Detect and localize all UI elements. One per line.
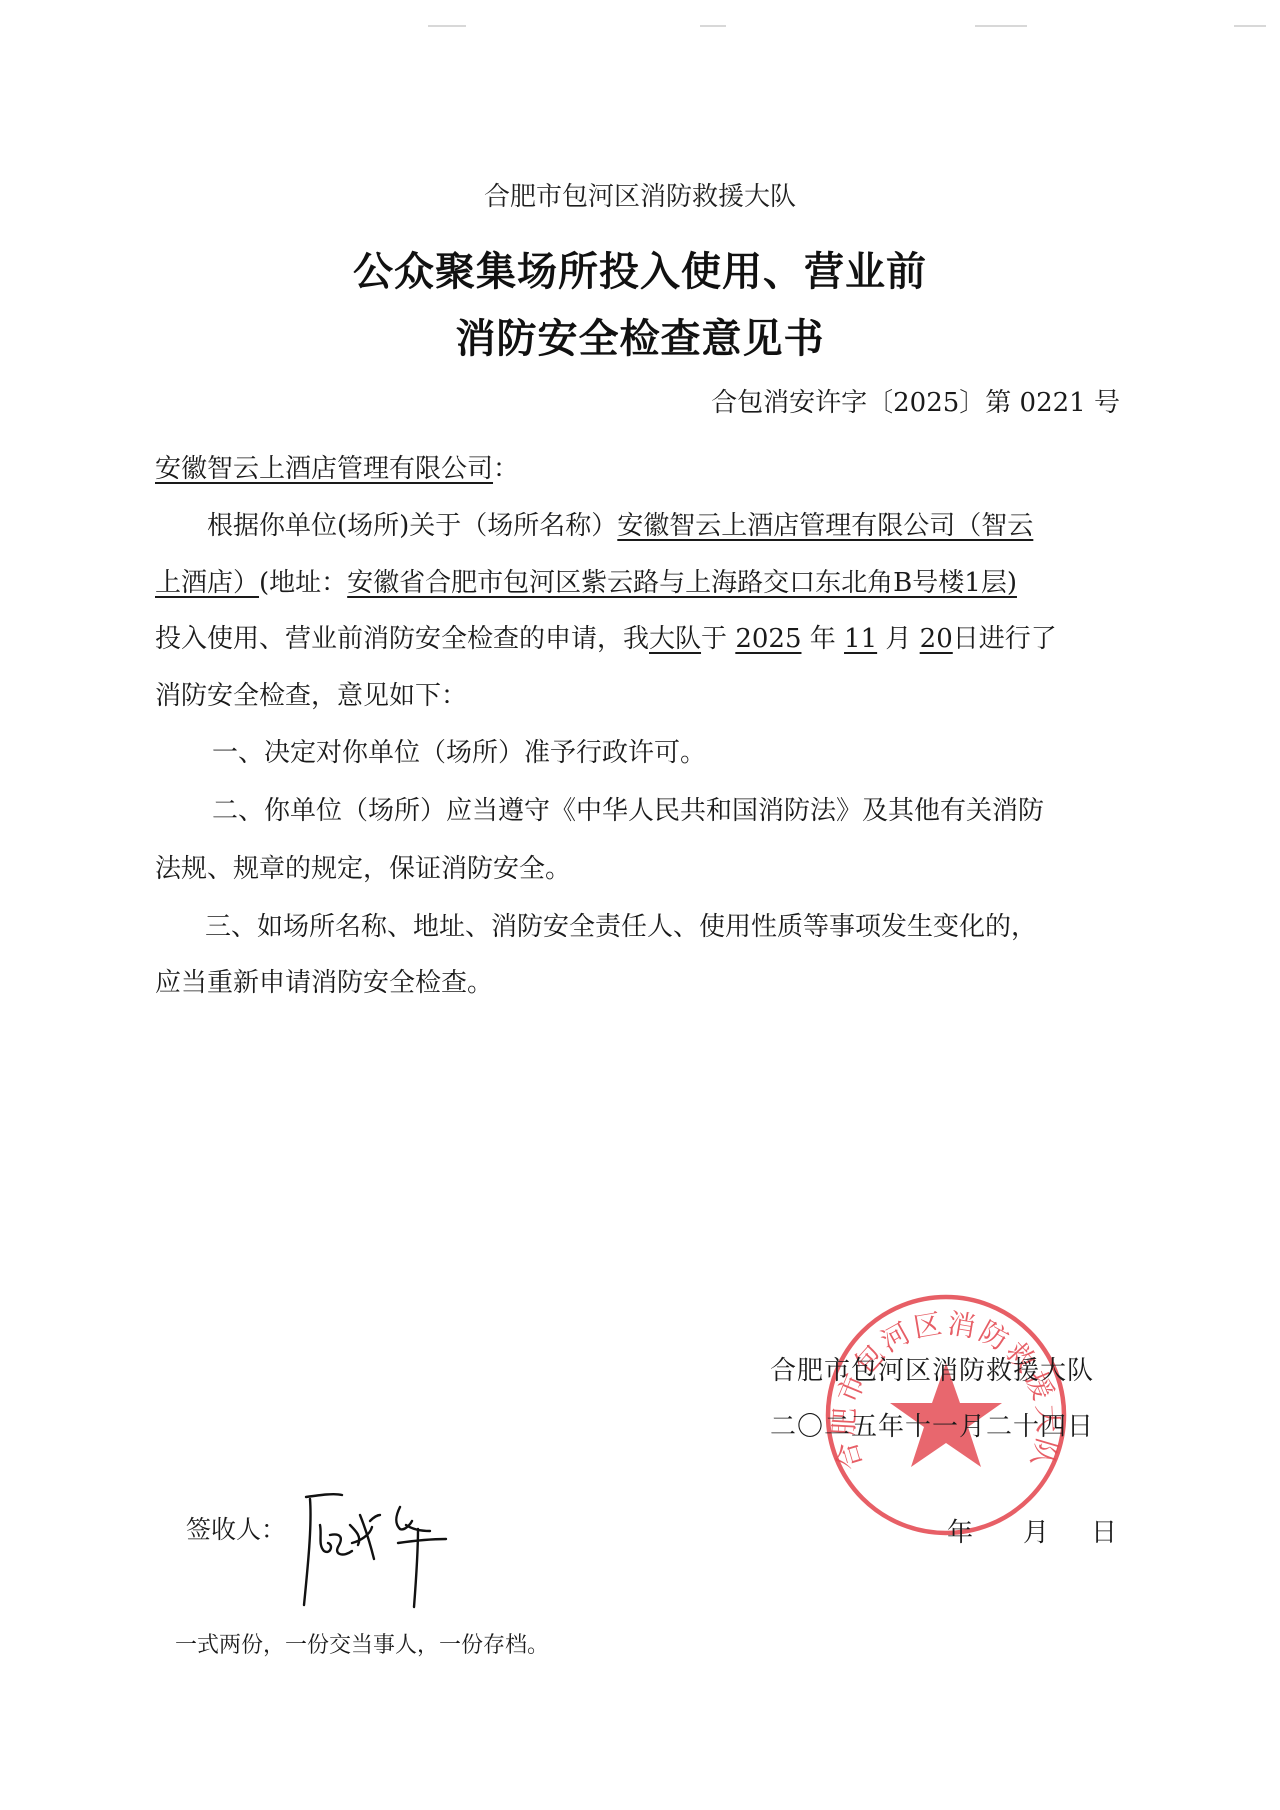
opinion-1: 一、决定对你单位（场所）准予行政许可。 [212, 732, 706, 769]
receipt-year-label: 年 [947, 1512, 974, 1549]
receipt-day-label: 日 [1091, 1512, 1118, 1549]
document-title-line-2: 消防安全检查意见书 [0, 307, 1280, 364]
intro-line-4: 消防安全检查，意见如下： [155, 675, 467, 712]
issuing-authority: 合肥市包河区消防救援大队 [0, 176, 1280, 213]
month-label: 月 [885, 624, 911, 654]
copies-note: 一式两份，一份交当事人，一份存档。 [175, 1628, 549, 1659]
addressee-colon: ： [493, 454, 519, 484]
scan-mark [975, 25, 1027, 27]
venue-name-part-2: 上酒店） [155, 568, 259, 598]
scan-mark [1234, 25, 1266, 27]
address-label: (地址： [259, 568, 347, 598]
addressee-name: 安徽智云上酒店管理有限公司 [155, 454, 493, 484]
application-text: 投入使用、营业前消防安全检查的申请，我 [155, 624, 649, 654]
opinion-2-line-1: 二、你单位（场所）应当遵守《中华人民共和国消防法》及其他有关消防 [212, 790, 1044, 827]
opinion-1-number: 一、 [212, 738, 264, 768]
document-number: 合包消安许字〔2025〕第 0221 号 [711, 382, 1120, 419]
inspecting-unit: 大队 [649, 624, 701, 654]
opinion-3-text-1: 如场所名称、地址、消防安全责任人、使用性质等事项发生变化的， [257, 912, 1037, 942]
document-page: 合肥市包河区消防救援大队 公众聚集场所投入使用、营业前 消防安全检查意见书 合包… [0, 0, 1280, 1810]
yu-text: 于 [701, 624, 727, 654]
venue-address: 安徽省合肥市包河区紫云路与上海路交口东北角B号楼1层) [347, 568, 1017, 598]
signoff-date: 二〇二五年十一月二十四日 [770, 1406, 1094, 1443]
inspection-month: 11 [844, 624, 877, 654]
svg-text:合肥市包河区消防救援大队: 合肥市包河区消防救援大队 [827, 1307, 1064, 1474]
handwritten-signature [300, 1485, 470, 1610]
intro-line-1: 根据你单位(场所)关于（场所名称）安徽智云上酒店管理有限公司（智云 [207, 505, 1033, 542]
opinion-2-line-2: 法规、规章的规定，保证消防安全。 [155, 848, 571, 885]
year-label: 年 [810, 624, 836, 654]
inspection-day: 20 [920, 624, 953, 654]
venue-name-part-1: 安徽智云上酒店管理有限公司（智云 [617, 511, 1033, 541]
document-title-line-1: 公众聚集场所投入使用、营业前 [0, 240, 1280, 297]
addressee-line: 安徽智云上酒店管理有限公司： [155, 448, 519, 485]
intro-line-2: 上酒店）(地址：安徽省合肥市包河区紫云路与上海路交口东北角B号楼1层) [155, 562, 1017, 599]
day-label: 日进行了 [953, 624, 1057, 654]
scan-mark [700, 25, 726, 27]
opinion-2-text-1: 你单位（场所）应当遵守《中华人民共和国消防法》及其他有关消防 [264, 796, 1044, 826]
receiver-label: 签收人： [186, 1510, 286, 1546]
scan-mark [428, 25, 466, 27]
intro-prefix: 根据你单位(场所)关于（场所名称） [207, 511, 617, 541]
opinion-2-number: 二、 [212, 796, 264, 826]
opinion-3-line-2: 应当重新申请消防安全检查。 [155, 962, 493, 999]
intro-line-3: 投入使用、营业前消防安全检查的申请，我大队于 2025 年 11 月 20日进行… [155, 618, 1057, 655]
opinion-3-number: 三、 [205, 912, 257, 942]
opinion-3-line-1: 三、如场所名称、地址、消防安全责任人、使用性质等事项发生变化的， [205, 906, 1037, 943]
signoff-issuer: 合肥市包河区消防救援大队 [770, 1350, 1094, 1387]
inspection-year: 2025 [735, 624, 801, 654]
opinion-1-text: 决定对你单位（场所）准予行政许可。 [264, 738, 706, 768]
receipt-month-label: 月 [1023, 1512, 1050, 1549]
